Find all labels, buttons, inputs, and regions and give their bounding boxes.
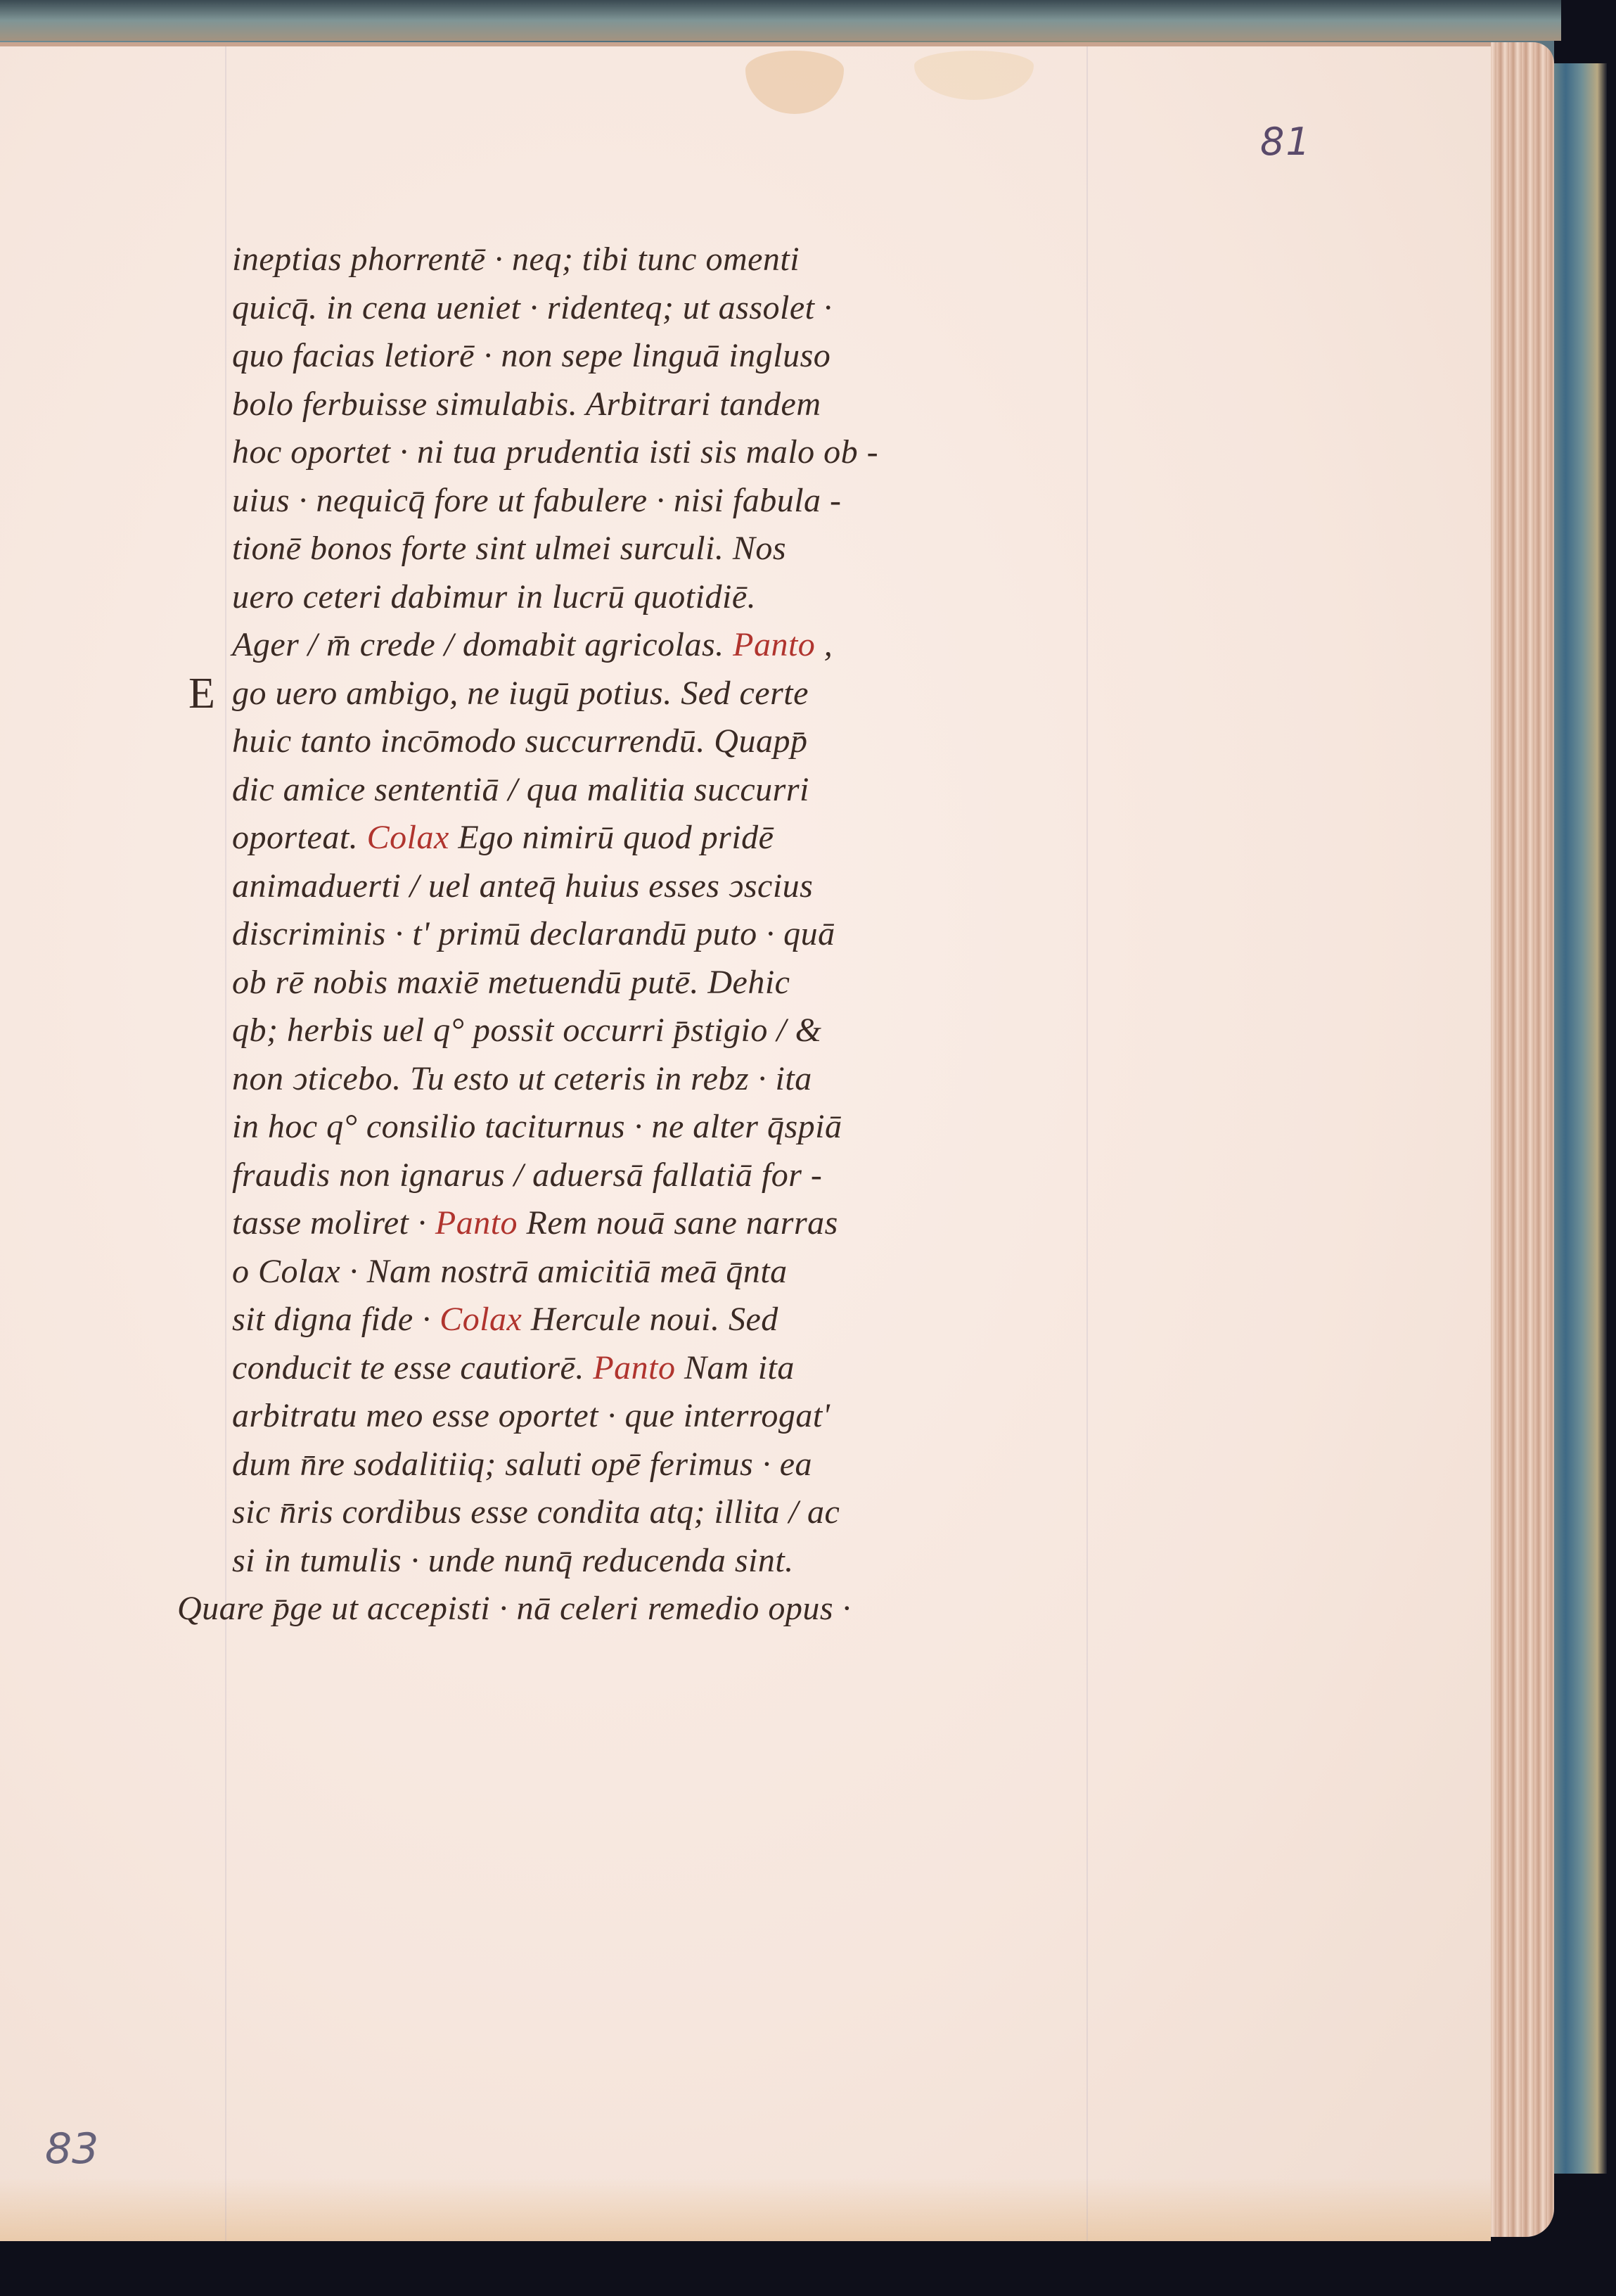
text-line: discriminis · t' primū declarandū puto ·… (232, 910, 1146, 959)
text-line: animaduerti / uel anteq̄ huius esses ↄsc… (232, 862, 1146, 911)
text-line: Ager / m̄ crede / domabit agricolas. Pan… (232, 621, 1146, 670)
folio-number: 81 (1260, 120, 1312, 164)
text-segment: uius · nequicq̄ fore ut fabulere · nisi … (232, 482, 842, 519)
water-stain (914, 51, 1034, 100)
text-segment: o Colax · Nam nostrā amicitiā meā q̄nta (232, 1253, 788, 1290)
ruling-line (225, 46, 226, 2241)
text-segment: hoc oportet · ni tua prudentia isti sis … (232, 433, 878, 471)
text-segment: oporteat. (232, 819, 367, 856)
water-stain (745, 51, 844, 114)
text-segment: qb; herbis uel q° possit occurri p̄stigi… (232, 1012, 822, 1049)
text-line: quo facias letiorē · non sepe linguā ing… (232, 332, 1146, 381)
text-line: uero ceteri dabimur in lucrū quotidiē. (232, 573, 1146, 622)
speaker-rubric: Colax (367, 819, 449, 856)
text-line: fraudis non ignarus / aduersā fallatiā f… (232, 1152, 1146, 1200)
text-segment: in hoc q° consilio taciturnus · ne alter… (232, 1108, 842, 1145)
text-segment: bolo ferbuisse simulabis. Arbitrari tand… (232, 385, 821, 423)
text-segment: quo facias letiorē · non sepe linguā ing… (232, 337, 831, 374)
text-segment: conducit te esse cautiorē. (232, 1349, 593, 1386)
text-line: non ↄticebo. Tu esto ut ceteris in rebz … (232, 1055, 1146, 1104)
text-segment: fraudis non ignarus / aduersā fallatiā f… (232, 1156, 822, 1194)
text-block: ineptias phorrentē · neq; tibi tunc omen… (232, 236, 1146, 1633)
text-segment: ineptias phorrentē · neq; tibi tunc omen… (232, 241, 800, 278)
text-segment: Ager / m̄ crede / domabit agricolas. (232, 626, 733, 663)
text-segment: quicq̄. in cena ueniet · ridenteq; ut as… (232, 289, 832, 326)
text-line: qb; herbis uel q° possit occurri p̄stigi… (232, 1007, 1146, 1055)
text-line: Quare p̄ge ut accepisti · nā celeri reme… (177, 1585, 1146, 1633)
text-line: dic amice sententiā / qua malitia succur… (232, 766, 1146, 815)
page-fore-edges (1484, 42, 1554, 2237)
text-line: o Colax · Nam nostrā amicitiā meā q̄nta (232, 1248, 1146, 1296)
speaker-rubric: Panto (593, 1349, 675, 1386)
text-segment: sic n̄ris cordibus esse condita atq; ill… (232, 1493, 840, 1531)
text-segment: non ↄticebo. Tu esto ut ceteris in rebz … (232, 1060, 812, 1097)
text-line: conducit te esse cautiorē. Panto Nam ita (232, 1344, 1146, 1393)
text-segment: discriminis · t' primū declarandū puto ·… (232, 915, 835, 952)
text-line: si in tumulis · unde nunq̄ reducenda sin… (232, 1537, 1146, 1586)
text-segment: tionē bonos forte sint ulmei surculi. No… (232, 530, 786, 567)
text-segment: Quare p̄ge ut accepisti · nā celeri reme… (177, 1590, 851, 1627)
text-segment: Nam ita (676, 1349, 795, 1386)
binding-top-edge (0, 0, 1561, 41)
text-segment: dic amice sententiā / qua malitia succur… (232, 771, 809, 808)
initial-letter: E (188, 670, 215, 718)
text-segment: , (815, 626, 833, 663)
text-line: oporteat. Colax Ego nimirū quod pridē (232, 814, 1146, 862)
text-line: hoc oportet · ni tua prudentia isti sis … (232, 428, 1146, 477)
text-line: tionē bonos forte sint ulmei surculi. No… (232, 525, 1146, 573)
text-segment: animaduerti / uel anteq̄ huius esses ↄsc… (232, 867, 813, 905)
text-line: uius · nequicq̄ fore ut fabulere · nisi … (232, 477, 1146, 525)
text-line: dum n̄re sodalitiiq; saluti opē ferimus … (232, 1441, 1146, 1489)
text-line: ob rē nobis maxiē metuendū putē. Dehic (232, 959, 1146, 1007)
text-line: in hoc q° consilio taciturnus · ne alter… (232, 1103, 1146, 1152)
speaker-rubric: Panto (733, 626, 815, 663)
text-line: quicq̄. in cena ueniet · ridenteq; ut as… (232, 284, 1146, 333)
text-segment: ob rē nobis maxiē metuendū putē. Dehic (232, 964, 790, 1001)
text-segment: go uero ambigo, ne iugū potius. Sed cert… (232, 675, 809, 712)
text-segment: dum n̄re sodalitiiq; saluti opē ferimus … (232, 1446, 812, 1483)
speaker-rubric: Panto (435, 1204, 518, 1242)
text-line: sit digna fide · Colax Hercule noui. Sed (232, 1296, 1146, 1344)
text-line: tasse moliret · Panto Rem nouā sane narr… (232, 1199, 1146, 1248)
text-segment: si in tumulis · unde nunq̄ reducenda sin… (232, 1542, 794, 1579)
text-segment: tasse moliret · (232, 1204, 435, 1242)
text-segment: arbitratu meo esse oportet · que interro… (232, 1397, 830, 1434)
text-segment: huic tanto incōmodo succurrendū. Quapp̄ (232, 722, 807, 760)
text-segment: Ego nimirū quod pridē (449, 819, 774, 856)
text-segment: Rem nouā sane narras (518, 1204, 838, 1242)
bottom-discoloration (0, 2178, 1491, 2241)
text-line: ineptias phorrentē · neq; tibi tunc omen… (232, 236, 1146, 284)
text-line: sic n̄ris cordibus esse condita atq; ill… (232, 1488, 1146, 1537)
text-segment: sit digna fide · (232, 1301, 440, 1338)
text-line: arbitratu meo esse oportet · que interro… (232, 1392, 1146, 1441)
text-segment: uero ceteri dabimur in lucrū quotidiē. (232, 578, 756, 616)
text-line: Ego uero ambigo, ne iugū potius. Sed cer… (232, 670, 1146, 718)
text-line: huic tanto incōmodo succurrendū. Quapp̄ (232, 717, 1146, 766)
text-segment: Hercule noui. Sed (522, 1301, 778, 1338)
shelf-number: 83 (45, 2124, 98, 2174)
speaker-rubric: Colax (440, 1301, 522, 1338)
text-line: bolo ferbuisse simulabis. Arbitrari tand… (232, 381, 1146, 429)
